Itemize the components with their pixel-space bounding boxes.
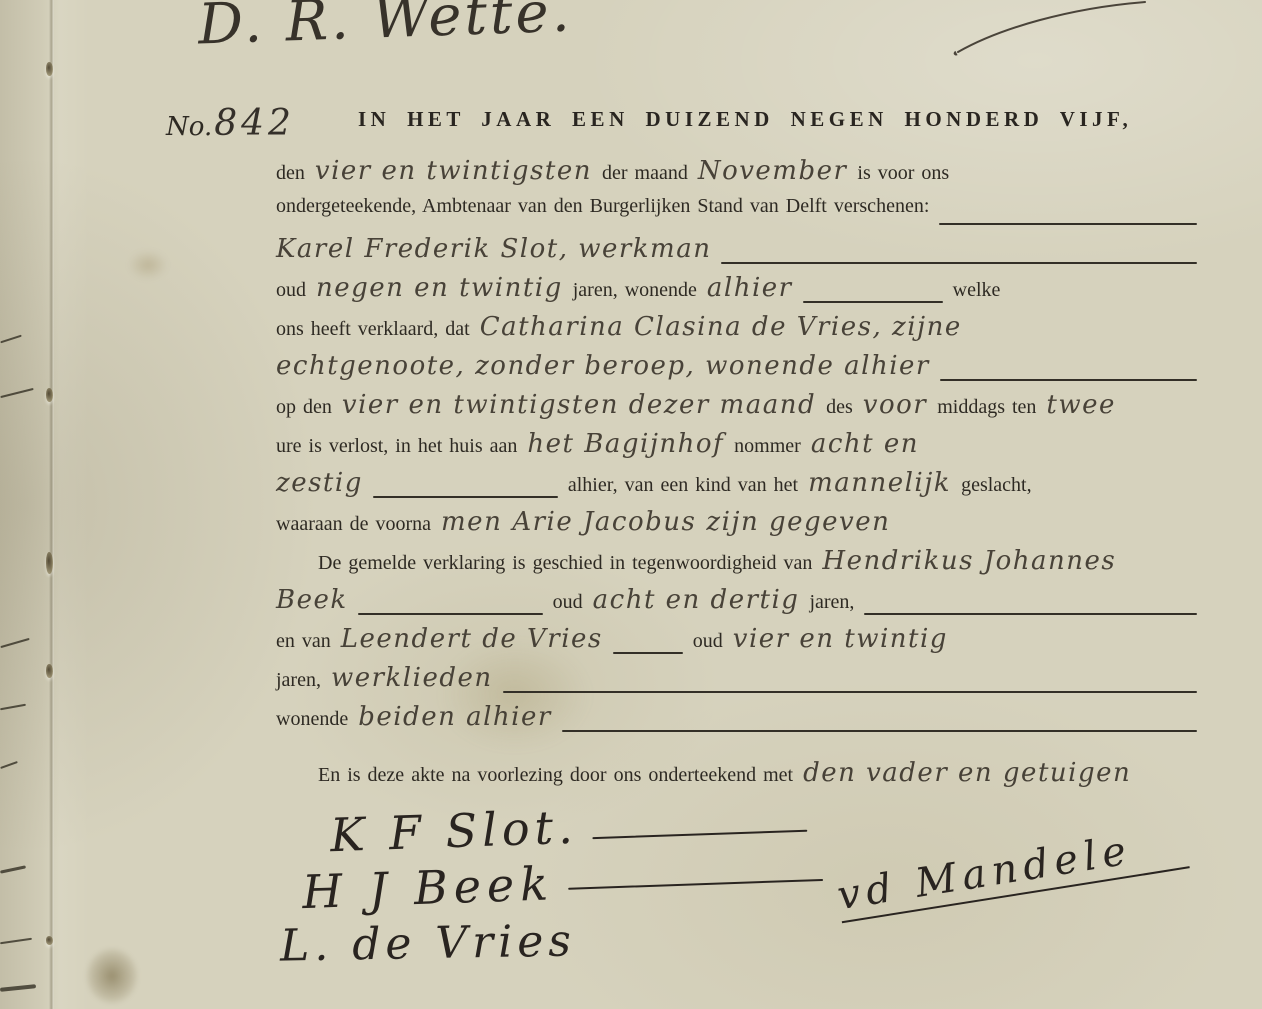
handwritten-entry: Catharina Clasina de Vries, zijne [480, 312, 962, 342]
blank-fill-rule [940, 379, 1197, 381]
line-date: denvier en twintigstender maandNovemberi… [276, 156, 1197, 195]
handwritten-entry: Beek [276, 585, 348, 615]
handwritten-entry: Arie Jacobus [512, 507, 696, 537]
handwritten-entry: alhier [707, 273, 793, 303]
handwritten-entry: Leendert de Vries [341, 624, 603, 654]
year-header: IN HET JAAR EEN DUIZEND NEGEN HONDERD VI… [358, 107, 1132, 132]
printed-form-text: alhier, van een kind van het [568, 474, 798, 497]
printed-form-text: jaren, wonende [573, 279, 697, 302]
blank-fill-rule [503, 691, 1197, 693]
line-mother-details: echtgenoote, zonder beroep, wonende alhi… [276, 351, 1197, 390]
line-witness-occupation: jaren,werklieden [276, 663, 1197, 702]
printed-form-text: jaren, [276, 669, 321, 692]
line-birth-house: ure is verlost, in het huis aanhet Bagij… [276, 429, 1197, 468]
line-mother-name: ons heeft verklaard, datCatharina Clasin… [276, 312, 1197, 351]
handwritten-entry: vier en twintigsten [315, 156, 592, 186]
signature-flourish-line [568, 879, 823, 890]
printed-form-text: welke [953, 279, 1001, 302]
signature-flourish-line [592, 830, 807, 840]
line-birth-house-2: zestigalhier, van een kind van hetmannel… [276, 468, 1197, 507]
printed-form-text: En is deze akte na voorlezing door ons o… [318, 764, 793, 787]
line-official: ondergeteekende, Ambtenaar van den Burge… [276, 195, 1197, 234]
printed-form-text: op den [276, 396, 332, 419]
handwritten-entry: zijn gegeven [706, 507, 890, 537]
printed-form-text: den [276, 162, 305, 185]
blank-fill-rule [721, 262, 1197, 264]
printed-form-text: oud [693, 630, 723, 653]
handwritten-entry: vier en twintigsten dezer maand [342, 390, 816, 420]
handwritten-entry: echtgenoote, zonder beroep, wonende alhi… [276, 351, 930, 381]
printed-form-text: oud [276, 279, 306, 302]
printed-form-text: De gemelde verklaring is geschied in teg… [318, 552, 812, 575]
pen-stroke-flourish [940, 0, 1170, 70]
binding-fold [49, 0, 54, 1009]
binding-stitch-hole [46, 664, 53, 678]
handwritten-entry: vier en twintig [733, 624, 948, 654]
line-witness-intro: De gemelde verklaring is geschied in teg… [276, 546, 1197, 585]
handwritten-entry: men [441, 507, 502, 537]
handwritten-entry: voor [863, 390, 927, 420]
blank-fill-rule [562, 730, 1197, 732]
signature-witness-2-text: L. de Vries [280, 915, 577, 971]
binding-stitch-hole [46, 936, 53, 945]
line-witness-residence: wonendebeiden alhier [276, 702, 1197, 741]
paper-stain [128, 250, 168, 280]
handwritten-entry: beiden alhier [358, 702, 552, 732]
signature-declarant-text: K F Slot. [329, 800, 578, 863]
handwritten-entry: acht en dertig [593, 585, 800, 615]
handwritten-entry: Hendrikus Johannes [822, 546, 1116, 576]
printed-form-text: wonende [276, 708, 348, 731]
printed-form-text: middags ten [937, 396, 1036, 419]
printed-form-text: geslacht, [961, 474, 1032, 497]
printed-form-text: oud [553, 591, 583, 614]
handwritten-entry: den vader en getuigen [803, 758, 1131, 788]
blank-fill-rule [939, 223, 1197, 225]
binding-stitch-hole [46, 552, 53, 574]
act-body: denvier en twintigstender maandNovemberi… [276, 156, 1197, 797]
act-number-label: No. [166, 112, 212, 142]
act-number-value: 842 [214, 103, 295, 144]
printed-form-text: jaren, [809, 591, 854, 614]
handwritten-entry: zestig [276, 468, 363, 498]
printed-form-text: ondergeteekende, Ambtenaar van den Burge… [276, 195, 929, 218]
blank-fill-rule [358, 613, 543, 615]
blank-fill-rule [613, 652, 683, 654]
line-declarant: Karel Frederik Slot, werkman [276, 234, 1197, 273]
line-birth-date: op denvier en twintigsten dezer maanddes… [276, 390, 1197, 429]
handwritten-entry: negen en twintig [316, 273, 563, 303]
printed-form-text: en van [276, 630, 331, 653]
line-declarant-age: oudnegen en twintigjaren, wonendealhierw… [276, 273, 1197, 312]
ink-stain [86, 948, 138, 1004]
line-witness-1: Beekoudacht en dertigjaren, [276, 585, 1197, 624]
handwritten-entry: November [698, 156, 848, 186]
act-number: No.842 [166, 103, 295, 144]
printed-form-text: des [826, 396, 853, 419]
blank-fill-rule [803, 301, 943, 303]
binding-stitch-hole [46, 62, 53, 76]
binding-stitch-hole [46, 388, 53, 402]
blank-fill-rule [373, 496, 558, 498]
handwritten-entry: werklieden [331, 663, 493, 693]
signature-witness-2: L. de Vries [280, 915, 577, 971]
line-witness-2: en vanLeendert de Vriesoudvier en twinti… [276, 624, 1197, 663]
blank-fill-rule [864, 613, 1197, 615]
signature-witness-1-text: H J Beek [301, 856, 555, 919]
handwritten-entry: het Bagijnhof [527, 429, 724, 459]
line-child-name: waaraan de voornamenArie Jacobuszijn geg… [276, 507, 1197, 546]
handwritten-entry: Karel Frederik Slot, werkman [276, 234, 711, 264]
printed-form-text: waaraan de voorna [276, 513, 431, 536]
printed-form-text: ons heeft verklaard, dat [276, 318, 470, 341]
printed-form-text: is voor ons [857, 162, 949, 185]
printed-form-text: der maand [602, 162, 688, 185]
line-closing: En is deze akte na voorlezing door ons o… [276, 758, 1197, 797]
handwritten-entry: twee [1046, 390, 1115, 420]
handwritten-entry: mannelijk [808, 468, 951, 498]
printed-form-text: ure is verlost, in het huis aan [276, 435, 517, 458]
handwritten-entry: acht en [811, 429, 919, 459]
printed-form-text: nommer [734, 435, 801, 458]
